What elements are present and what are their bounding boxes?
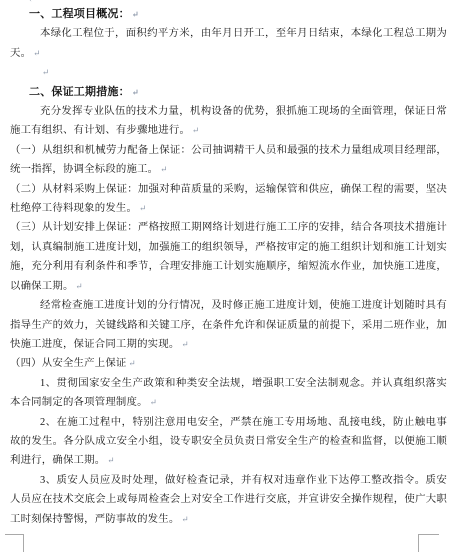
paragraph-text: 二、保证工期措施：: [29, 86, 130, 98]
paragraph-text: （二）从材料采购上保证：加强对种苗质量的采购，运输保管和供应，确保工程的需要，坚…: [10, 184, 447, 214]
paragraph-mark-icon: ↵: [181, 339, 188, 349]
paragraph: 1、贯彻国家安全生产政策和种类安全法规，增强职工安全法制观念。并认真组织落实本合…: [10, 374, 447, 413]
paragraph: （三）从计划安排上保证：严格按照工期网络计划进行施工工序的安排，结合各项技术措施…: [10, 218, 447, 296]
paragraph: 2、在施工过程中，特别注意用电安全，严禁在施工专用场地、乱接电线，防止触电事故的…: [10, 413, 447, 471]
paragraph-mark-icon: ↵: [76, 281, 83, 291]
paragraph-mark-icon: ↵: [150, 397, 157, 407]
paragraph-mark-icon: ↵: [129, 358, 136, 368]
margin-crop-mark-bottom-right: [418, 534, 439, 552]
paragraph: （四）从安全生产上保证↵: [10, 354, 447, 373]
paragraph: （一）从组织和机械劳力配备上保证：公司抽调精干人员和最强的技术力量组成项目经理部…: [10, 141, 447, 180]
paragraph-text: 3、质安人员应及时处理，做好检查记录，并有权对违章作业下达停工整改指令。质安人员…: [10, 475, 447, 525]
paragraph-mark-icon: ↵: [139, 203, 146, 213]
paragraph-mark-icon: ↵: [42, 67, 49, 77]
paragraph-text: （四）从安全生产上保证: [10, 358, 127, 369]
paragraph-text: 2、在施工过程中，特别注意用电安全，严禁在施工专用场地、乱接电线，防止触电事故的…: [10, 417, 447, 467]
paragraph-text: 经常检查施工进度计划的分行情况，及时修正施工进度计划，使施工进度计划随时具有指导…: [10, 300, 447, 350]
paragraph: 经常检查施工进度计划的分行情况，及时修正施工进度计划，使施工进度计划随时具有指导…: [10, 296, 447, 354]
paragraph-text: 本绿化工程位于，面积约平方米，由年月日开工，至年月日结束，本绿化工程总工期为天。: [10, 28, 447, 58]
margin-crop-mark-bottom-left: [5, 534, 24, 552]
paragraph: （二）从材料采购上保证：加强对种苗质量的采购，运输保管和供应，确保工程的需要，坚…: [10, 180, 447, 219]
paragraph-mark-icon: ↵: [192, 125, 199, 135]
paragraph-mark-icon: ↵: [107, 455, 114, 465]
paragraph-mark-icon: ↵: [33, 48, 40, 58]
paragraph-text: 一、工程项目概况：: [29, 8, 130, 20]
paragraph: ↵: [10, 63, 447, 82]
paragraph: 3、质安人员应及时处理，做好检查记录，并有权对违章作业下达停工整改指令。质安人员…: [10, 471, 447, 529]
paragraph-mark-icon: ↵: [132, 9, 139, 19]
paragraph-text: 充分发挥专业队伍的技术力量，机构设备的优势，狠抓施工现场的全面管理，保证日常施工…: [10, 106, 447, 136]
heading-paragraph: 二、保证工期措施：↵: [10, 83, 447, 102]
paragraph: 本绿化工程位于，面积约平方米，由年月日开工，至年月日结束，本绿化工程总工期为天。…: [10, 24, 447, 63]
heading-paragraph: 一、工程项目概况：↵: [10, 5, 447, 24]
paragraph-mark-icon: ↵: [181, 514, 188, 524]
paragraph: 充分发挥专业队伍的技术力量，机构设备的优势，狠抓施工现场的全面管理，保证日常施工…: [10, 102, 447, 141]
document-page: ↵ 一、工程项目概况：↵本绿化工程位于，面积约平方米，由年月日开工，至年月日结束…: [0, 0, 456, 556]
paragraph-text: （一）从组织和机械劳力配备上保证：公司抽调精干人员和最强的技术力量组成项目经理部…: [10, 145, 447, 175]
paragraph-text: 1、贯彻国家安全生产政策和种类安全法规，增强职工安全法制观念。并认真组织落实本合…: [10, 378, 447, 408]
document-content: 一、工程项目概况：↵本绿化工程位于，面积约平方米，由年月日开工，至年月日结束，本…: [10, 5, 447, 529]
paragraph-mark-icon: ↵: [132, 87, 139, 97]
paragraph-mark-icon: ↵: [160, 164, 167, 174]
